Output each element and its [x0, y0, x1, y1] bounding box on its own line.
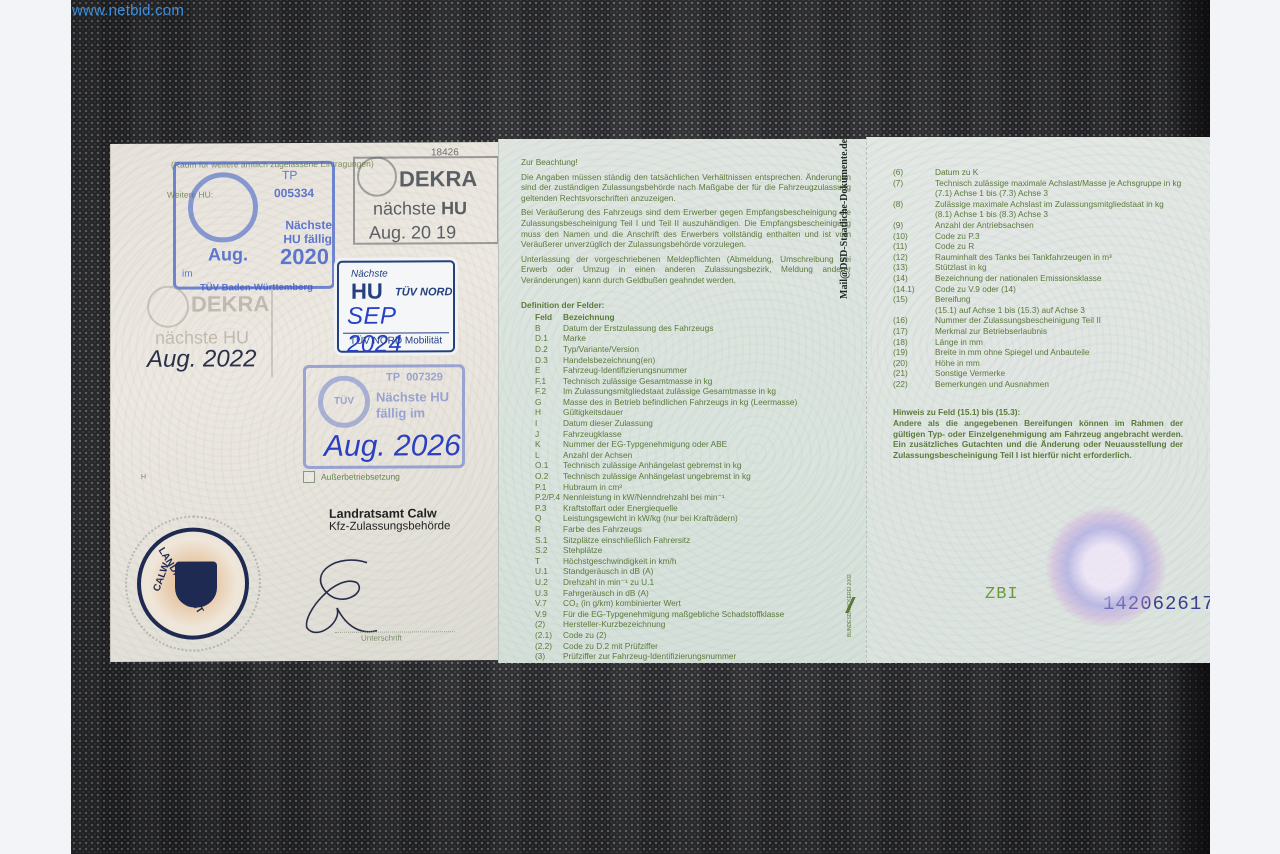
- field-code: J: [521, 429, 557, 440]
- header-field: Feld: [521, 312, 557, 323]
- next-hu-label: Nächste HU fällig im: [376, 389, 462, 421]
- tp-label: TP: [386, 372, 400, 384]
- official-seal-icon: LANDRATSAMT CALW: [137, 527, 249, 640]
- sticker-hu: HU: [351, 279, 383, 305]
- field-description: Datum zu K: [929, 167, 978, 178]
- field-description: Fahrgeräusch in dB (A): [557, 588, 649, 599]
- definition-row: V.9Für die EG-Typgenehmigung maßgebliche…: [521, 609, 851, 620]
- definition-row: GMasse des in Betrieb befindlichen Fahrz…: [521, 397, 851, 408]
- field-description: Stehplätze: [557, 545, 602, 556]
- field-description: Datum dieser Zulassung: [557, 418, 653, 429]
- field-code: U.1: [521, 566, 557, 577]
- definition-row: (22)Bemerkungen und Ausnahmen: [893, 379, 1183, 390]
- field-code: [893, 188, 929, 199]
- field-description: Technisch zulässige maximale Achslast/Ma…: [929, 178, 1181, 189]
- field-code: S.1: [521, 535, 557, 546]
- definition-row: O.2Technisch zulässige Anhängelast ungeb…: [521, 471, 851, 482]
- field-description: Code zu D.2 mit Prüfziffer: [557, 641, 658, 652]
- definition-row: U.3Fahrgeräusch in dB (A): [521, 588, 851, 599]
- field-code: I: [521, 418, 557, 429]
- definition-row: (7)Technisch zulässige maximale Achslast…: [893, 178, 1183, 189]
- field-description: Code zu P.3: [929, 231, 980, 242]
- signature-label: Unterschrift: [361, 633, 402, 642]
- definition-row: (3)Prüfziffer zur Fahrzeug-Identifizieru…: [521, 651, 851, 662]
- field-code: (16): [893, 315, 929, 326]
- definition-row: (2.2)Code zu D.2 mit Prüfziffer: [521, 641, 851, 652]
- definition-row: (8)Zulässige maximale Achslast im Zulass…: [893, 199, 1183, 210]
- field-description: Länge in mm: [929, 337, 983, 348]
- series-code: ZBI: [985, 585, 1019, 604]
- definition-row: RFarbe des Fahrzeugs: [521, 524, 851, 535]
- field-description: Hersteller-Kurzbezeichnung: [557, 619, 665, 630]
- field-code: (8): [893, 199, 929, 210]
- tire-note-title: Hinweis zu Feld (15.1) bis (15.3):: [893, 407, 1183, 418]
- field-code: (2): [521, 619, 557, 630]
- stamp-tuv-2026: TÜV TP 007329 Nächste HU fällig im Aug. …: [303, 364, 465, 469]
- field-description: Kraftstoffart oder Energiequelle: [557, 503, 678, 514]
- field-description: Marke: [557, 333, 586, 344]
- field-code: (14.1): [893, 284, 929, 295]
- field-description: Gültigkeitsdauer: [557, 407, 623, 418]
- issuing-authority: Landratsamt Calw Kfz-Zulassungsbehörde: [329, 506, 450, 533]
- vehicle-registration-document: (Raum für weitere amtlich zugelassene Ei…: [110, 137, 1210, 665]
- definition-row: D.3Handelsbezeichnung(en): [521, 355, 851, 366]
- field-code: (11): [893, 241, 929, 252]
- definition-row: (2.1)Code zu (2): [521, 630, 851, 641]
- tp-line: TP 007329: [386, 371, 443, 383]
- field-code: K: [521, 439, 557, 450]
- field-code: O.1: [521, 460, 557, 471]
- field-code: H: [521, 407, 557, 418]
- dekra-next-label: nächste HU: [373, 198, 467, 219]
- definition-row: O.1Technisch zulässige Anhängelast gebre…: [521, 460, 851, 471]
- field-description: Rauminhalt des Tanks bei Tankfahrzeugen …: [929, 252, 1112, 263]
- field-code: T: [521, 556, 557, 567]
- definition-row: (18)Länge in mm: [893, 337, 1183, 348]
- stamp-dekra-2019: DEKRA nächste HU Aug. 20 19: [353, 156, 499, 245]
- seal-text-left: CALW: [152, 562, 172, 593]
- field-description: Farbe des Fahrzeugs: [557, 524, 642, 535]
- field-code: O.2: [521, 471, 557, 482]
- field-code: F.1: [521, 376, 557, 387]
- field-code: (10): [893, 231, 929, 242]
- definition-row: (11)Code zu R: [893, 241, 1183, 252]
- field-description: Nennleistung in kW/Nenndrehzahl bei min⁻…: [557, 492, 725, 503]
- definition-row: (8.1) Achse 1 bis (8.3) Achse 3: [893, 209, 1183, 220]
- panel-left: (Raum für weitere amtlich zugelassene Ei…: [110, 142, 502, 662]
- definition-row: LAnzahl der Achsen: [521, 450, 851, 461]
- definition-row: EFahrzeug-Identifizierungsnummer: [521, 365, 851, 376]
- field-description: Anzahl der Antriebsachsen: [929, 220, 1034, 231]
- field-code: B: [521, 323, 557, 334]
- field-code: (2.2): [521, 641, 557, 652]
- watermark: www.netbid.com: [72, 2, 184, 19]
- hologram-icon: [1046, 507, 1166, 627]
- field-description: Breite in mm ohne Spiegel und Anbauteile: [929, 347, 1090, 358]
- tire-note-body: Andere als die angegebenen Bereifungen k…: [893, 418, 1183, 460]
- field-description: Handelsbezeichnung(en): [557, 355, 655, 366]
- field-h-label: H: [141, 474, 146, 481]
- field-description: Fahrzeugklasse: [557, 429, 622, 440]
- field-code: (9): [893, 220, 929, 231]
- field-code: (18): [893, 337, 929, 348]
- definition-row: V.7CO₂ (in g/km) kombinierter Wert: [521, 598, 851, 609]
- contact-email: Mail@DSD-Staatliche-Dokumente.de: [839, 139, 850, 299]
- field-code: (21): [893, 368, 929, 379]
- definition-row: THöchstgeschwindigkeit in km/h: [521, 556, 851, 567]
- field-description: Hubraum in cm³: [557, 482, 622, 493]
- field-description: Stützlast in kg: [929, 262, 987, 273]
- field-code: (4): [521, 662, 557, 663]
- header-description: Bezeichnung: [557, 312, 615, 323]
- definition-row: (14)Bezeichnung der nationalen Emissions…: [893, 273, 1183, 284]
- definition-row: (19)Breite in mm ohne Spiegel und Anbaut…: [893, 347, 1183, 358]
- notice-title: Zur Beachtung!: [521, 157, 851, 168]
- definition-row: (15.1) auf Achse 1 bis (15.3) auf Achse …: [893, 305, 1183, 316]
- notice-paragraph: Die Angaben müssen ständig den tatsächli…: [521, 172, 851, 204]
- definitions-header: Feld Bezeichnung: [521, 312, 851, 323]
- definition-row: P.1Hubraum in cm³: [521, 482, 851, 493]
- field-code: D.1: [521, 333, 557, 344]
- definition-row: (14.1)Code zu V.9 oder (14): [893, 284, 1183, 295]
- field-code: (20): [893, 358, 929, 369]
- field-code: (3): [521, 651, 557, 662]
- dekra-brand: DEKRA: [399, 166, 477, 192]
- definition-row: (12)Rauminhalt des Tanks bei Tankfahrzeu…: [893, 252, 1183, 263]
- field-description: Für die EG-Typgenehmigung maßgebliche Sc…: [557, 609, 784, 620]
- field-code: P.2/P.4: [521, 492, 557, 503]
- definition-row: (2)Hersteller-Kurzbezeichnung: [521, 619, 851, 630]
- definition-row: S.1Sitzplätze einschließlich Fahrersitz: [521, 535, 851, 546]
- field-description: Code zu V.9 oder (14): [929, 284, 1016, 295]
- stamp-dekra-2022: DEKRA nächste HU Aug. 2022: [141, 287, 273, 378]
- field-code: Q: [521, 513, 557, 524]
- definition-row: IDatum dieser Zulassung: [521, 418, 851, 429]
- field-description: Bezeichnung der nationalen Emissionsklas…: [929, 273, 1102, 284]
- notice-section: Zur Beachtung! Die Angaben müssen ständi…: [521, 157, 851, 663]
- definitions-title: Definition der Felder:: [521, 300, 851, 311]
- authority-name: Landratsamt Calw: [329, 506, 450, 521]
- field-code: (12): [893, 252, 929, 263]
- notice-paragraph: Unterlassung der vorgeschriebenen Meldep…: [521, 254, 851, 286]
- field-code: (7): [893, 178, 929, 189]
- field-description: Code zu (2): [557, 630, 606, 641]
- tp-number: 007329: [406, 371, 443, 383]
- definition-row: (7.1) Achse 1 bis (7.3) Achse 3: [893, 188, 1183, 199]
- definition-row: D.1Marke: [521, 333, 851, 344]
- field-description: Art des Aufbaus: [557, 662, 622, 663]
- field-code: U.2: [521, 577, 557, 588]
- field-description: (15.1) auf Achse 1 bis (15.3) auf Achse …: [929, 305, 1085, 316]
- field-code: D.2: [521, 344, 557, 355]
- tuv-seal-icon: [188, 172, 258, 242]
- field-code: (2.1): [521, 630, 557, 641]
- field-code: P.1: [521, 482, 557, 493]
- stamp-tuv-2020: TP 005334 Nächste HU fällig Aug. 2020 im…: [173, 161, 335, 290]
- definition-row: (13)Stützlast in kg: [893, 262, 1183, 273]
- authority-department: Kfz-Zulassungsbehörde: [329, 520, 450, 533]
- field-code: F.2: [521, 386, 557, 397]
- field-description: Leistungsgewicht in kW/kg (nur bei Kraft…: [557, 513, 738, 524]
- dekra-logo-icon: [357, 157, 397, 197]
- field-description: Sitzplätze einschließlich Fahrersitz: [557, 535, 690, 546]
- sticker-footer: TÜV NORD Mobilität: [343, 332, 449, 347]
- field-code: L: [521, 450, 557, 461]
- decommission-row: Außerbetriebsetzung: [303, 471, 400, 484]
- field-description: (7.1) Achse 1 bis (7.3) Achse 3: [929, 188, 1048, 199]
- field-description: Anzahl der Achsen: [557, 450, 632, 461]
- definition-row: (21)Sonstige Vermerke: [893, 368, 1183, 379]
- notice-paragraph: Bei Veräußerung des Fahrzeugs sind dem E…: [521, 207, 851, 249]
- field-description: Zulässige maximale Achslast im Zulassung…: [929, 199, 1164, 210]
- field-description: Nummer der Zulassungsbescheinigung Teil …: [929, 315, 1101, 326]
- field-description: Technisch zulässige Gesamtmasse in kg: [557, 376, 712, 387]
- field-code: [893, 209, 929, 220]
- field-description: Prüfziffer zur Fahrzeug-Identifizierungs…: [557, 651, 736, 662]
- field-description: Datum der Erstzulassung des Fahrzeugs: [557, 323, 713, 334]
- field-code: (19): [893, 347, 929, 358]
- field-description: Typ/Variante/Version: [557, 344, 639, 355]
- field-description: Drehzahl in min⁻¹ zu U.1: [557, 577, 654, 588]
- definition-row: S.2Stehplätze: [521, 545, 851, 556]
- hu-text: HU: [441, 198, 467, 218]
- field-description: Fahrzeug-Identifizierungsnummer: [557, 365, 687, 376]
- definition-row: P.3Kraftstoffart oder Energiequelle: [521, 503, 851, 514]
- field-description: Sonstige Vermerke: [929, 368, 1005, 379]
- sticker-brand: TÜV NORD: [395, 286, 452, 298]
- field-code: (13): [893, 262, 929, 273]
- definition-row: D.2Typ/Variante/Version: [521, 344, 851, 355]
- definition-row: (4)Art des Aufbaus: [521, 662, 851, 663]
- field-code: G: [521, 397, 557, 408]
- field-description: Höhe in mm: [929, 358, 980, 369]
- dekra-brand: DEKRA: [191, 291, 269, 317]
- field-code: (17): [893, 326, 929, 337]
- definition-row: BDatum der Erstzulassung des Fahrzeugs: [521, 323, 851, 334]
- im-label: im: [182, 269, 193, 280]
- definition-row: QLeistungsgewicht in kW/kg (nur bei Kraf…: [521, 513, 851, 524]
- field-description: Masse des in Betrieb befindlichen Fahrze…: [557, 397, 797, 408]
- field-code: (15): [893, 294, 929, 305]
- field-code: [893, 305, 929, 316]
- field-description: Merkmal zur Betriebserlaubnis: [929, 326, 1047, 337]
- field-code: (14): [893, 273, 929, 284]
- definition-row: (17)Merkmal zur Betriebserlaubnis: [893, 326, 1183, 337]
- definition-row: HGültigkeitsdauer: [521, 407, 851, 418]
- tuv-seal-icon: TÜV: [318, 376, 370, 428]
- field-code: (22): [893, 379, 929, 390]
- field-description: Standgeräusch in dB (A): [557, 566, 653, 577]
- definition-row: U.1Standgeräusch in dB (A): [521, 566, 851, 577]
- definition-row: (9)Anzahl der Antriebsachsen: [893, 220, 1183, 231]
- field-description: Technisch zulässige Anhängelast gebremst…: [557, 460, 742, 471]
- hu-month: Aug.: [208, 244, 248, 265]
- decommission-checkbox[interactable]: [303, 471, 315, 483]
- dekra-date: Aug. 2022: [147, 345, 256, 374]
- definitions-continued: (6)Datum zu K(7)Technisch zulässige maxi…: [893, 167, 1183, 460]
- field-code: R: [521, 524, 557, 535]
- field-code: U.3: [521, 588, 557, 599]
- field-code: V.7: [521, 598, 557, 609]
- definition-row: JFahrzeugklasse: [521, 429, 851, 440]
- decommission-label: Außerbetriebsetzung: [321, 472, 400, 482]
- next-hu-label: Nächste HU fällig: [270, 218, 332, 246]
- definitions-list: Feld Bezeichnung BDatum der Erstzulassun…: [521, 312, 851, 663]
- definition-row: U.2Drehzahl in min⁻¹ zu U.1: [521, 577, 851, 588]
- field-code: V.9: [521, 609, 557, 620]
- definition-row: KNummer der EG-Typgenehmigung oder ABE: [521, 439, 851, 450]
- definitions-list: (6)Datum zu K(7)Technisch zulässige maxi…: [893, 167, 1183, 389]
- hu-date: Aug. 2026: [324, 429, 461, 464]
- signature-icon: [297, 553, 389, 641]
- next-text: nächste: [373, 198, 436, 218]
- definition-row: F.1Technisch zulässige Gesamtmasse in kg: [521, 376, 851, 387]
- field-code: S.2: [521, 545, 557, 556]
- definition-row: (6)Datum zu K: [893, 167, 1183, 178]
- field-description: CO₂ (in g/km) kombinierter Wert: [557, 598, 681, 609]
- dekra-logo-icon: [147, 286, 189, 328]
- sticker-date: SEP 2024: [347, 302, 453, 359]
- field-code: (6): [893, 167, 929, 178]
- field-description: Bemerkungen und Ausnahmen: [929, 379, 1049, 390]
- field-code: P.3: [521, 503, 557, 514]
- definition-row: (10)Code zu P.3: [893, 231, 1183, 242]
- field-description: Code zu R: [929, 241, 974, 252]
- field-code: D.3: [521, 355, 557, 366]
- field-description: (8.1) Achse 1 bis (8.3) Achse 3: [929, 209, 1048, 220]
- definition-row: (15)Bereifung: [893, 294, 1183, 305]
- field-description: Im Zulassungsmitgliedstaat zulässige Ges…: [557, 386, 776, 397]
- definition-row: P.2/P.4Nennleistung in kW/Nenndrehzahl b…: [521, 492, 851, 503]
- tp-label: TP: [282, 168, 297, 182]
- printer-imprint: BUNDESDRUCKEREI 2002: [847, 574, 853, 637]
- field-description: Technisch zulässige Anhängelast ungebrem…: [557, 471, 751, 482]
- dekra-date: Aug. 20 19: [369, 222, 456, 243]
- sticker-tuv-nord: Nächste HU TÜV NORD SEP 2024 TÜV NORD Mo…: [337, 260, 455, 353]
- field-description: Höchstgeschwindigkeit in km/h: [557, 556, 676, 567]
- hu-year: 2020: [280, 244, 329, 270]
- definition-row: (16)Nummer der Zulassungsbescheinigung T…: [893, 315, 1183, 326]
- definition-row: (20)Höhe in mm: [893, 358, 1183, 369]
- tp-number: 005334: [274, 186, 314, 200]
- field-code: E: [521, 365, 557, 376]
- panel-middle: Zur Beachtung! Die Angaben müssen ständi…: [498, 139, 866, 663]
- field-description: Bereifung: [929, 294, 971, 305]
- field-description: Nummer der EG-Typgenehmigung oder ABE: [557, 439, 727, 450]
- definition-row: F.2Im Zulassungsmitgliedstaat zulässige …: [521, 386, 851, 397]
